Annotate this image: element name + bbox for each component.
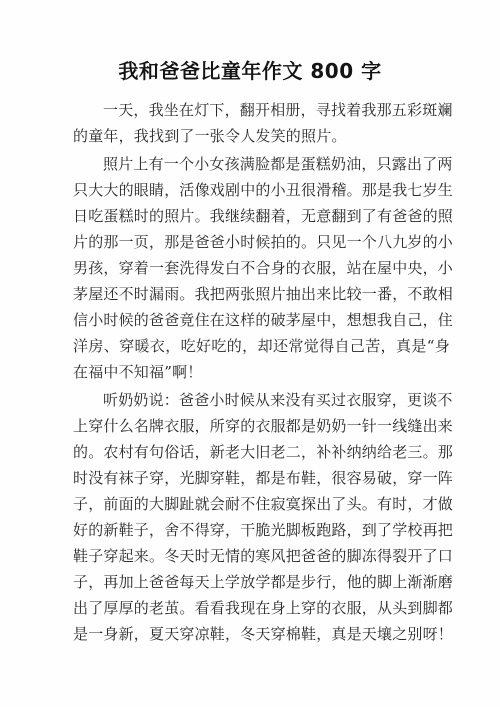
text-line: 好的新鞋子，舍不得穿，干脆光脚板跑路，到了学校再把 <box>73 517 450 543</box>
text-line: 在福中不知福”啊！ <box>73 359 450 385</box>
text-line: 时没有袜子穿，光脚穿鞋，都是布鞋，很容易破，穿一阵 <box>73 465 450 491</box>
text-line: 片的那一页，那是爸爸小时候拍的。只见一个八九岁的小 <box>73 229 450 255</box>
text-line: 的。农村有句俗话，新老大旧老二，补补纳纳给老三。那 <box>73 439 450 465</box>
text-line: 的童年，我找到了一张令人发笑的照片。 <box>73 123 450 149</box>
paragraph: 听奶奶说：爸爸小时候从来没有买过衣服穿，更谈不上穿什么名牌衣服，所穿的衣服都是奶… <box>73 387 450 647</box>
text-line: 是一身新，夏天穿凉鞋，冬天穿棉鞋，真是天壤之别呀！ <box>73 621 450 647</box>
page-title: 我和爸爸比童年作文 800 字 <box>0 58 500 84</box>
text-line: 只大大的眼睛，活像戏剧中的小丑很滑稽。那是我七岁生 <box>73 177 450 203</box>
text-line: 茅屋还不时漏雨。我把两张照片抽出来比较一番，不敢相 <box>73 281 450 307</box>
document-body: 一天，我坐在灯下，翻开相册，寻找着我那五彩斑斓的童年，我找到了一张令人发笑的照片… <box>73 97 450 649</box>
text-line: 信小时候的爸爸竟住在这样的破茅屋中，想想我自己，住 <box>73 307 450 333</box>
text-line: 日吃蛋糕时的照片。我继续翻着，无意翻到了有爸爸的照 <box>73 203 450 229</box>
paragraph: 一天，我坐在灯下，翻开相册，寻找着我那五彩斑斓的童年，我找到了一张令人发笑的照片… <box>73 97 450 149</box>
text-line: 听奶奶说：爸爸小时候从来没有买过衣服穿，更谈不 <box>73 387 450 413</box>
paragraph: 照片上有一个小女孩满脸都是蛋糕奶油，只露出了两只大大的眼睛，活像戏剧中的小丑很滑… <box>73 151 450 385</box>
text-line: 出了厚厚的老茧。看看我现在身上穿的衣服，从头到脚都 <box>73 595 450 621</box>
text-line: 男孩，穿着一套洗得发白不合身的衣服，站在屋中央，小 <box>73 255 450 281</box>
text-line: 洋房、穿暖衣，吃好吃的，却还常觉得自己苦，真是“身 <box>73 333 450 359</box>
text-line: 照片上有一个小女孩满脸都是蛋糕奶油，只露出了两 <box>73 151 450 177</box>
text-line: 上穿什么名牌衣服，所穿的衣服都是奶奶一针一线缝出来 <box>73 413 450 439</box>
text-line: 子，再加上爸爸每天上学放学都是步行，他的脚上渐渐磨 <box>73 569 450 595</box>
text-line: 鞋子穿起来。冬天时无情的寒风把爸爸的脚冻得裂开了口 <box>73 543 450 569</box>
text-line: 一天，我坐在灯下，翻开相册，寻找着我那五彩斑斓 <box>73 97 450 123</box>
text-line: 子，前面的大脚趾就会耐不住寂寞探出了头。有时，才做 <box>73 491 450 517</box>
document-page: 我和爸爸比童年作文 800 字 一天，我坐在灯下，翻开相册，寻找着我那五彩斑斓的… <box>0 0 500 707</box>
